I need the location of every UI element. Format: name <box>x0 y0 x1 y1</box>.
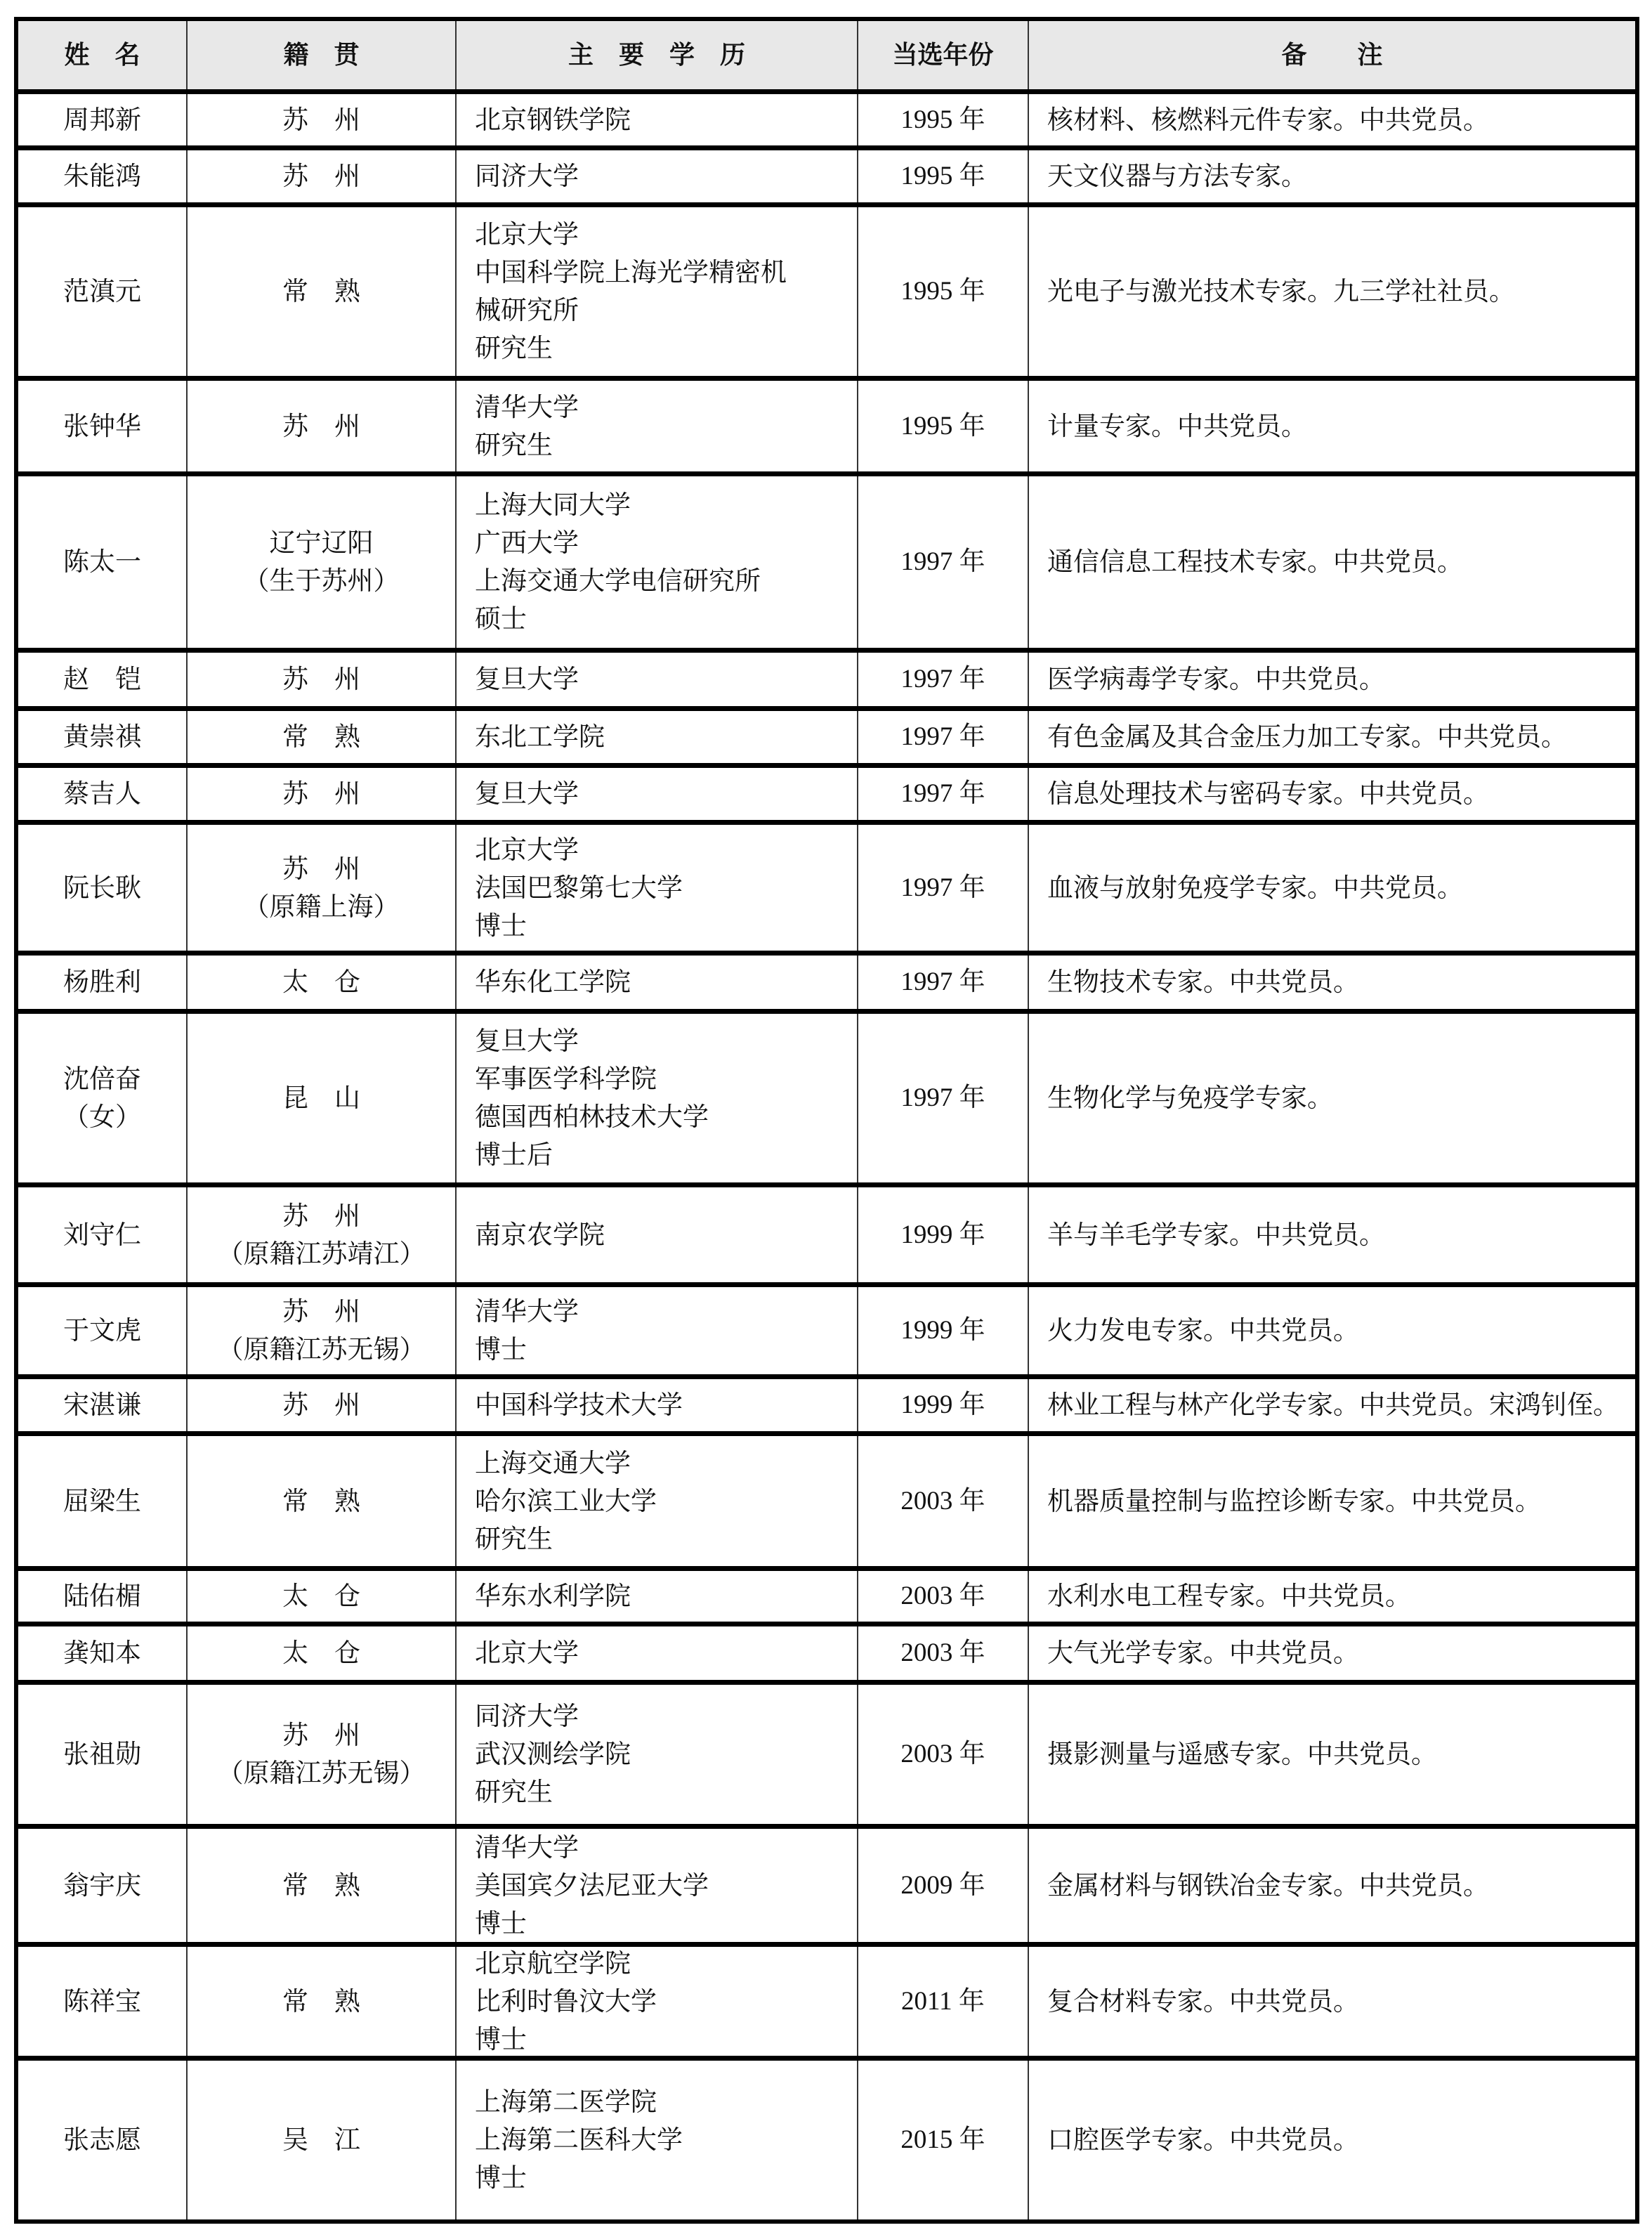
education-line: 东北工学院 <box>475 718 605 756</box>
table-row: 赵 铠苏 州复旦大学1997 年医学病毒学专家。中共党员。 <box>18 648 1635 706</box>
education-cell: 上海交通大学哈尔滨工业大学研究生 <box>455 1436 857 1566</box>
origin-cell: 苏 州 <box>186 94 455 145</box>
header-year: 当选年份 <box>857 21 1028 89</box>
origin-cell: 常 熟 <box>186 1436 455 1566</box>
name-wrap: 陈太一 <box>63 543 141 581</box>
education-line: 德国西柏林技术大学 <box>475 1098 709 1136</box>
name-wrap: 屈梁生 <box>63 1482 141 1520</box>
origin-cell: 苏 州（原籍江苏无锡） <box>186 1685 455 1824</box>
note-cell: 水利水电工程专家。中共党员。 <box>1028 1571 1635 1622</box>
year-cell: 2003 年 <box>857 1626 1028 1680</box>
year-cell: 2009 年 <box>857 1829 1028 1942</box>
education-cell: 复旦大学 <box>455 768 857 820</box>
education-line: 清华大学 <box>475 1829 579 1867</box>
name-cell: 刘守仁 <box>18 1187 186 1282</box>
origin-line: （原籍江苏靖江） <box>218 1235 426 1273</box>
name-cell: 张钟华 <box>18 381 186 471</box>
table-row: 张志愿吴 江上海第二医学院上海第二医科大学博士2015 年口腔医学专家。中共党员… <box>18 2056 1635 2219</box>
name-wrap: 范滇元 <box>63 273 141 311</box>
name-cell: 黄崇祺 <box>18 711 186 763</box>
education-line: 研究生 <box>475 426 553 464</box>
education-line: 复旦大学 <box>475 660 579 698</box>
name-line: 刘守仁 <box>63 1216 141 1254</box>
education-line: 比利时鲁汶大学 <box>475 1983 657 2021</box>
note-cell: 核材料、核燃料元件专家。中共党员。 <box>1028 94 1635 145</box>
note-cell: 生物技术专家。中共党员。 <box>1028 956 1635 1009</box>
education-cell: 北京大学法国巴黎第七大学博士 <box>455 825 857 951</box>
name-wrap: 刘守仁 <box>63 1216 141 1254</box>
table-row: 陆佑楣太 仓华东水利学院2003 年水利水电工程专家。中共党员。 <box>18 1566 1635 1622</box>
origin-line: 太 仓 <box>282 1577 360 1615</box>
note-cell: 通信信息工程技术专家。中共党员。 <box>1028 476 1635 648</box>
education-cell: 北京航空学院比利时鲁汶大学博士 <box>455 1947 857 2056</box>
name-line: （女） <box>63 1098 141 1136</box>
name-wrap: 宋湛谦 <box>63 1386 141 1424</box>
year-cell: 1995 年 <box>857 381 1028 471</box>
table-row: 张祖勋苏 州（原籍江苏无锡）同济大学武汉测绘学院研究生2003 年摄影测量与遥感… <box>18 1680 1635 1824</box>
origin-line: 苏 州 <box>282 660 360 698</box>
year-cell: 1999 年 <box>857 1187 1028 1282</box>
education-line: 博士后 <box>475 1136 553 1174</box>
note-cell: 光电子与激光技术专家。九三学社社员。 <box>1028 207 1635 376</box>
name-cell: 周邦新 <box>18 94 186 145</box>
origin-cell: 昆 山 <box>186 1014 455 1182</box>
name-line: 屈梁生 <box>63 1482 141 1520</box>
origin-cell: 吴 江 <box>186 2061 455 2219</box>
education-cell: 北京钢铁学院 <box>455 94 857 145</box>
name-cell: 范滇元 <box>18 207 186 376</box>
note-cell: 信息处理技术与密码专家。中共党员。 <box>1028 768 1635 820</box>
education-line: 法国巴黎第七大学 <box>475 869 683 907</box>
name-wrap: 朱能鸿 <box>63 157 141 195</box>
education-line: 上海第二医学院 <box>475 2083 657 2121</box>
origin-cell: 太 仓 <box>186 956 455 1009</box>
education-line: 同济大学 <box>475 157 579 195</box>
note-cell: 摄影测量与遥感专家。中共党员。 <box>1028 1685 1635 1824</box>
education-line: 美国宾夕法尼亚大学 <box>475 1867 709 1905</box>
origin-line: （原籍上海） <box>244 888 400 926</box>
table-row: 范滇元常 熟北京大学中国科学院上海光学精密机械研究所研究生1995 年光电子与激… <box>18 202 1635 376</box>
education-line: 武汉测绘学院 <box>475 1735 631 1773</box>
education-cell: 中国科学技术大学 <box>455 1379 857 1431</box>
header-name: 姓 名 <box>18 21 186 89</box>
education-cell: 上海大同大学广西大学上海交通大学电信研究所硕士 <box>455 476 857 648</box>
table-row: 黄崇祺常 熟东北工学院1997 年有色金属及其合金压力加工专家。中共党员。 <box>18 706 1635 763</box>
table-row: 刘守仁苏 州（原籍江苏靖江）南京农学院1999 年羊与羊毛学专家。中共党员。 <box>18 1182 1635 1282</box>
name-line: 陆佑楣 <box>63 1577 141 1615</box>
name-line: 黄崇祺 <box>63 718 141 756</box>
origin-line: 苏 州 <box>282 850 360 888</box>
header-education: 主 要 学 历 <box>455 21 857 89</box>
origin-cell: 常 熟 <box>186 1829 455 1942</box>
origin-cell: 苏 州 <box>186 150 455 202</box>
name-line: 张钟华 <box>63 407 141 445</box>
name-line: 于文虎 <box>63 1312 141 1350</box>
education-cell: 南京农学院 <box>455 1187 857 1282</box>
education-line: 华东水利学院 <box>475 1577 631 1615</box>
name-line: 范滇元 <box>63 273 141 311</box>
education-line: 研究生 <box>475 330 553 367</box>
year-cell: 1997 年 <box>857 825 1028 951</box>
name-cell: 宋湛谦 <box>18 1379 186 1431</box>
education-line: 研究生 <box>475 1773 553 1811</box>
year-cell: 2003 年 <box>857 1685 1028 1824</box>
table-row: 陈太一辽宁辽阳（生于苏州）上海大同大学广西大学上海交通大学电信研究所硕士1997… <box>18 471 1635 648</box>
name-wrap: 沈倍奋（女） <box>63 1060 141 1136</box>
year-cell: 1997 年 <box>857 711 1028 763</box>
name-line: 赵 铠 <box>63 660 141 698</box>
origin-cell: 苏 州（原籍江苏靖江） <box>186 1187 455 1282</box>
table-row: 屈梁生常 熟上海交通大学哈尔滨工业大学研究生2003 年机器质量控制与监控诊断专… <box>18 1431 1635 1566</box>
education-line: 上海大同大学 <box>475 486 631 524</box>
year-cell: 1999 年 <box>857 1287 1028 1374</box>
name-cell: 陆佑楣 <box>18 1571 186 1622</box>
education-line: 哈尔滨工业大学 <box>475 1482 657 1520</box>
note-cell: 复合材料专家。中共党员。 <box>1028 1947 1635 2056</box>
name-cell: 张志愿 <box>18 2061 186 2219</box>
year-cell: 1997 年 <box>857 1014 1028 1182</box>
education-line: 中国科学技术大学 <box>475 1386 683 1424</box>
origin-cell: 太 仓 <box>186 1626 455 1680</box>
name-wrap: 周邦新 <box>63 101 141 139</box>
year-cell: 1995 年 <box>857 94 1028 145</box>
name-cell: 朱能鸿 <box>18 150 186 202</box>
education-line: 博士 <box>475 1331 527 1369</box>
origin-line: 太 仓 <box>282 1634 360 1672</box>
education-line: 复旦大学 <box>475 1022 579 1060</box>
year-cell: 2003 年 <box>857 1571 1028 1622</box>
name-cell: 阮长耿 <box>18 825 186 951</box>
name-line: 蔡吉人 <box>63 775 141 813</box>
note-cell: 血液与放射免疫学专家。中共党员。 <box>1028 825 1635 951</box>
origin-line: 常 熟 <box>282 1867 360 1905</box>
name-cell: 陈太一 <box>18 476 186 648</box>
name-wrap: 张志愿 <box>63 2121 141 2159</box>
education-line: 博士 <box>475 2021 527 2059</box>
origin-line: 常 熟 <box>282 718 360 756</box>
table-row: 朱能鸿苏 州同济大学1995 年天文仪器与方法专家。 <box>18 145 1635 202</box>
name-wrap: 杨胜利 <box>63 963 141 1001</box>
year-cell: 1997 年 <box>857 768 1028 820</box>
education-cell: 北京大学 <box>455 1626 857 1680</box>
origin-line: 苏 州 <box>282 407 360 445</box>
education-cell: 东北工学院 <box>455 711 857 763</box>
origin-cell: 辽宁辽阳（生于苏州） <box>186 476 455 648</box>
name-wrap: 陆佑楣 <box>63 1577 141 1615</box>
education-cell: 同济大学武汉测绘学院研究生 <box>455 1685 857 1824</box>
table-body: 周邦新苏 州北京钢铁学院1995 年核材料、核燃料元件专家。中共党员。朱能鸿苏 … <box>18 89 1635 2219</box>
note-cell: 天文仪器与方法专家。 <box>1028 150 1635 202</box>
education-line: 械研究所 <box>475 292 579 330</box>
name-cell: 赵 铠 <box>18 653 186 706</box>
note-cell: 口腔医学专家。中共党员。 <box>1028 2061 1635 2219</box>
origin-line: 常 熟 <box>282 273 360 311</box>
education-line: 北京大学 <box>475 216 579 254</box>
origin-cell: 常 熟 <box>186 711 455 763</box>
origin-cell: 苏 州 <box>186 381 455 471</box>
education-line: 华东化工学院 <box>475 963 631 1001</box>
education-line: 中国科学院上海光学精密机 <box>475 254 787 292</box>
education-line: 清华大学 <box>475 1293 579 1331</box>
education-line: 上海交通大学 <box>475 1445 631 1482</box>
table-row: 翁宇庆常 熟清华大学美国宾夕法尼亚大学博士2009 年金属材料与钢铁冶金专家。中… <box>18 1824 1635 1942</box>
education-cell: 复旦大学 <box>455 653 857 706</box>
year-cell: 1995 年 <box>857 150 1028 202</box>
name-wrap: 蔡吉人 <box>63 775 141 813</box>
note-cell: 有色金属及其合金压力加工专家。中共党员。 <box>1028 711 1635 763</box>
origin-cell: 苏 州（原籍上海） <box>186 825 455 951</box>
name-cell: 于文虎 <box>18 1287 186 1374</box>
name-line: 朱能鸿 <box>63 157 141 195</box>
origin-line: 太 仓 <box>282 963 360 1001</box>
year-cell: 2011 年 <box>857 1947 1028 2056</box>
table-row: 阮长耿苏 州（原籍上海）北京大学法国巴黎第七大学博士1997 年血液与放射免疫学… <box>18 820 1635 951</box>
origin-line: 苏 州 <box>282 1716 360 1754</box>
name-wrap: 张钟华 <box>63 407 141 445</box>
education-line: 博士 <box>475 907 527 945</box>
origin-line: （原籍江苏无锡） <box>218 1331 426 1369</box>
origin-line: 吴 江 <box>282 2121 360 2159</box>
origin-cell: 常 熟 <box>186 1947 455 2056</box>
name-wrap: 翁宇庆 <box>63 1867 141 1905</box>
name-cell: 杨胜利 <box>18 956 186 1009</box>
year-cell: 1997 年 <box>857 476 1028 648</box>
year-cell: 1999 年 <box>857 1379 1028 1431</box>
name-cell: 陈祥宝 <box>18 1947 186 2056</box>
name-cell: 沈倍奋（女） <box>18 1014 186 1182</box>
name-cell: 蔡吉人 <box>18 768 186 820</box>
table-row: 沈倍奋（女）昆 山复旦大学军事医学科学院德国西柏林技术大学博士后1997 年生物… <box>18 1009 1635 1182</box>
table-row: 宋湛谦苏 州中国科学技术大学1999 年林业工程与林产化学专家。中共党员。宋鸿钊… <box>18 1374 1635 1431</box>
name-wrap: 黄崇祺 <box>63 718 141 756</box>
origin-line: 常 熟 <box>282 1482 360 1520</box>
name-wrap: 于文虎 <box>63 1312 141 1350</box>
education-line: 同济大学 <box>475 1697 579 1735</box>
name-line: 宋湛谦 <box>63 1386 141 1424</box>
year-cell: 1997 年 <box>857 956 1028 1009</box>
origin-cell: 苏 州 <box>186 653 455 706</box>
education-line: 北京钢铁学院 <box>475 101 631 139</box>
note-cell: 火力发电专家。中共党员。 <box>1028 1287 1635 1374</box>
education-line: 上海第二医科大学 <box>475 2121 683 2159</box>
note-cell: 计量专家。中共党员。 <box>1028 381 1635 471</box>
name-cell: 翁宇庆 <box>18 1829 186 1942</box>
name-wrap: 阮长耿 <box>63 869 141 907</box>
table-row: 杨胜利太 仓华东化工学院1997 年生物技术专家。中共党员。 <box>18 951 1635 1009</box>
table-header-row: 姓 名 籍 贯 主 要 学 历 当选年份 备 注 <box>18 21 1635 89</box>
academicians-table: 姓 名 籍 贯 主 要 学 历 当选年份 备 注 周邦新苏 州北京钢铁学院199… <box>14 17 1639 2224</box>
name-cell: 屈梁生 <box>18 1436 186 1566</box>
education-line: 北京大学 <box>475 1634 579 1672</box>
table-row: 于文虎苏 州（原籍江苏无锡）清华大学博士1999 年火力发电专家。中共党员。 <box>18 1282 1635 1374</box>
origin-line: （生于苏州） <box>244 562 400 600</box>
name-line: 龚知本 <box>63 1634 141 1672</box>
education-cell: 清华大学博士 <box>455 1287 857 1374</box>
name-line: 杨胜利 <box>63 963 141 1001</box>
name-cell: 张祖勋 <box>18 1685 186 1824</box>
name-line: 周邦新 <box>63 101 141 139</box>
origin-line: 常 熟 <box>282 1983 360 2021</box>
education-line: 广西大学 <box>475 524 579 562</box>
name-line: 张志愿 <box>63 2121 141 2159</box>
education-line: 南京农学院 <box>475 1216 605 1254</box>
note-cell: 医学病毒学专家。中共党员。 <box>1028 653 1635 706</box>
year-cell: 2003 年 <box>857 1436 1028 1566</box>
origin-cell: 常 熟 <box>186 207 455 376</box>
origin-line: 苏 州 <box>282 1197 360 1235</box>
origin-line: 苏 州 <box>282 1386 360 1424</box>
education-line: 复旦大学 <box>475 775 579 813</box>
table-row: 龚知本太 仓北京大学2003 年大气光学专家。中共党员。 <box>18 1622 1635 1680</box>
name-wrap: 龚知本 <box>63 1634 141 1672</box>
origin-cell: 太 仓 <box>186 1571 455 1622</box>
education-cell: 华东化工学院 <box>455 956 857 1009</box>
origin-line: 苏 州 <box>282 101 360 139</box>
name-wrap: 陈祥宝 <box>63 1983 141 2021</box>
education-cell: 复旦大学军事医学科学院德国西柏林技术大学博士后 <box>455 1014 857 1182</box>
education-line: 硕士 <box>475 600 527 638</box>
table-row: 周邦新苏 州北京钢铁学院1995 年核材料、核燃料元件专家。中共党员。 <box>18 89 1635 145</box>
name-line: 沈倍奋 <box>63 1060 141 1098</box>
header-note: 备 注 <box>1028 21 1635 89</box>
education-cell: 北京大学中国科学院上海光学精密机械研究所研究生 <box>455 207 857 376</box>
note-cell: 生物化学与免疫学专家。 <box>1028 1014 1635 1182</box>
header-origin: 籍 贯 <box>186 21 455 89</box>
origin-line: 苏 州 <box>282 157 360 195</box>
origin-cell: 苏 州 <box>186 1379 455 1431</box>
year-cell: 1995 年 <box>857 207 1028 376</box>
name-line: 张祖勋 <box>63 1735 141 1773</box>
origin-line: （原籍江苏无锡） <box>218 1754 426 1792</box>
note-cell: 金属材料与钢铁冶金专家。中共党员。 <box>1028 1829 1635 1942</box>
education-line: 研究生 <box>475 1520 553 1558</box>
table-row: 张钟华苏 州清华大学研究生1995 年计量专家。中共党员。 <box>18 376 1635 471</box>
origin-cell: 苏 州 <box>186 768 455 820</box>
note-cell: 机器质量控制与监控诊断专家。中共党员。 <box>1028 1436 1635 1566</box>
education-line: 军事医学科学院 <box>475 1060 657 1098</box>
year-cell: 1997 年 <box>857 653 1028 706</box>
education-cell: 清华大学美国宾夕法尼亚大学博士 <box>455 1829 857 1942</box>
education-cell: 上海第二医学院上海第二医科大学博士 <box>455 2061 857 2219</box>
note-cell: 羊与羊毛学专家。中共党员。 <box>1028 1187 1635 1282</box>
note-cell: 大气光学专家。中共党员。 <box>1028 1626 1635 1680</box>
education-cell: 华东水利学院 <box>455 1571 857 1622</box>
name-line: 陈太一 <box>63 543 141 581</box>
name-wrap: 张祖勋 <box>63 1735 141 1773</box>
table-row: 蔡吉人苏 州复旦大学1997 年信息处理技术与密码专家。中共党员。 <box>18 763 1635 820</box>
name-cell: 龚知本 <box>18 1626 186 1680</box>
education-line: 博士 <box>475 2159 527 2197</box>
origin-cell: 苏 州（原籍江苏无锡） <box>186 1287 455 1374</box>
origin-line: 昆 山 <box>282 1079 360 1117</box>
note-cell: 林业工程与林产化学专家。中共党员。宋鸿钊侄。 <box>1028 1379 1635 1431</box>
education-line: 北京大学 <box>475 831 579 869</box>
education-cell: 清华大学研究生 <box>455 381 857 471</box>
name-line: 阮长耿 <box>63 869 141 907</box>
name-wrap: 赵 铠 <box>63 660 141 698</box>
name-line: 翁宇庆 <box>63 1867 141 1905</box>
origin-line: 苏 州 <box>282 1293 360 1331</box>
year-cell: 2015 年 <box>857 2061 1028 2219</box>
education-line: 博士 <box>475 1905 527 1943</box>
education-line: 上海交通大学电信研究所 <box>475 562 761 600</box>
origin-line: 辽宁辽阳 <box>270 524 374 562</box>
education-line: 北京航空学院 <box>475 1945 631 1983</box>
table-row: 陈祥宝常 熟北京航空学院比利时鲁汶大学博士2011 年复合材料专家。中共党员。 <box>18 1942 1635 2056</box>
education-cell: 同济大学 <box>455 150 857 202</box>
education-line: 清华大学 <box>475 389 579 426</box>
origin-line: 苏 州 <box>282 775 360 813</box>
name-line: 陈祥宝 <box>63 1983 141 2021</box>
